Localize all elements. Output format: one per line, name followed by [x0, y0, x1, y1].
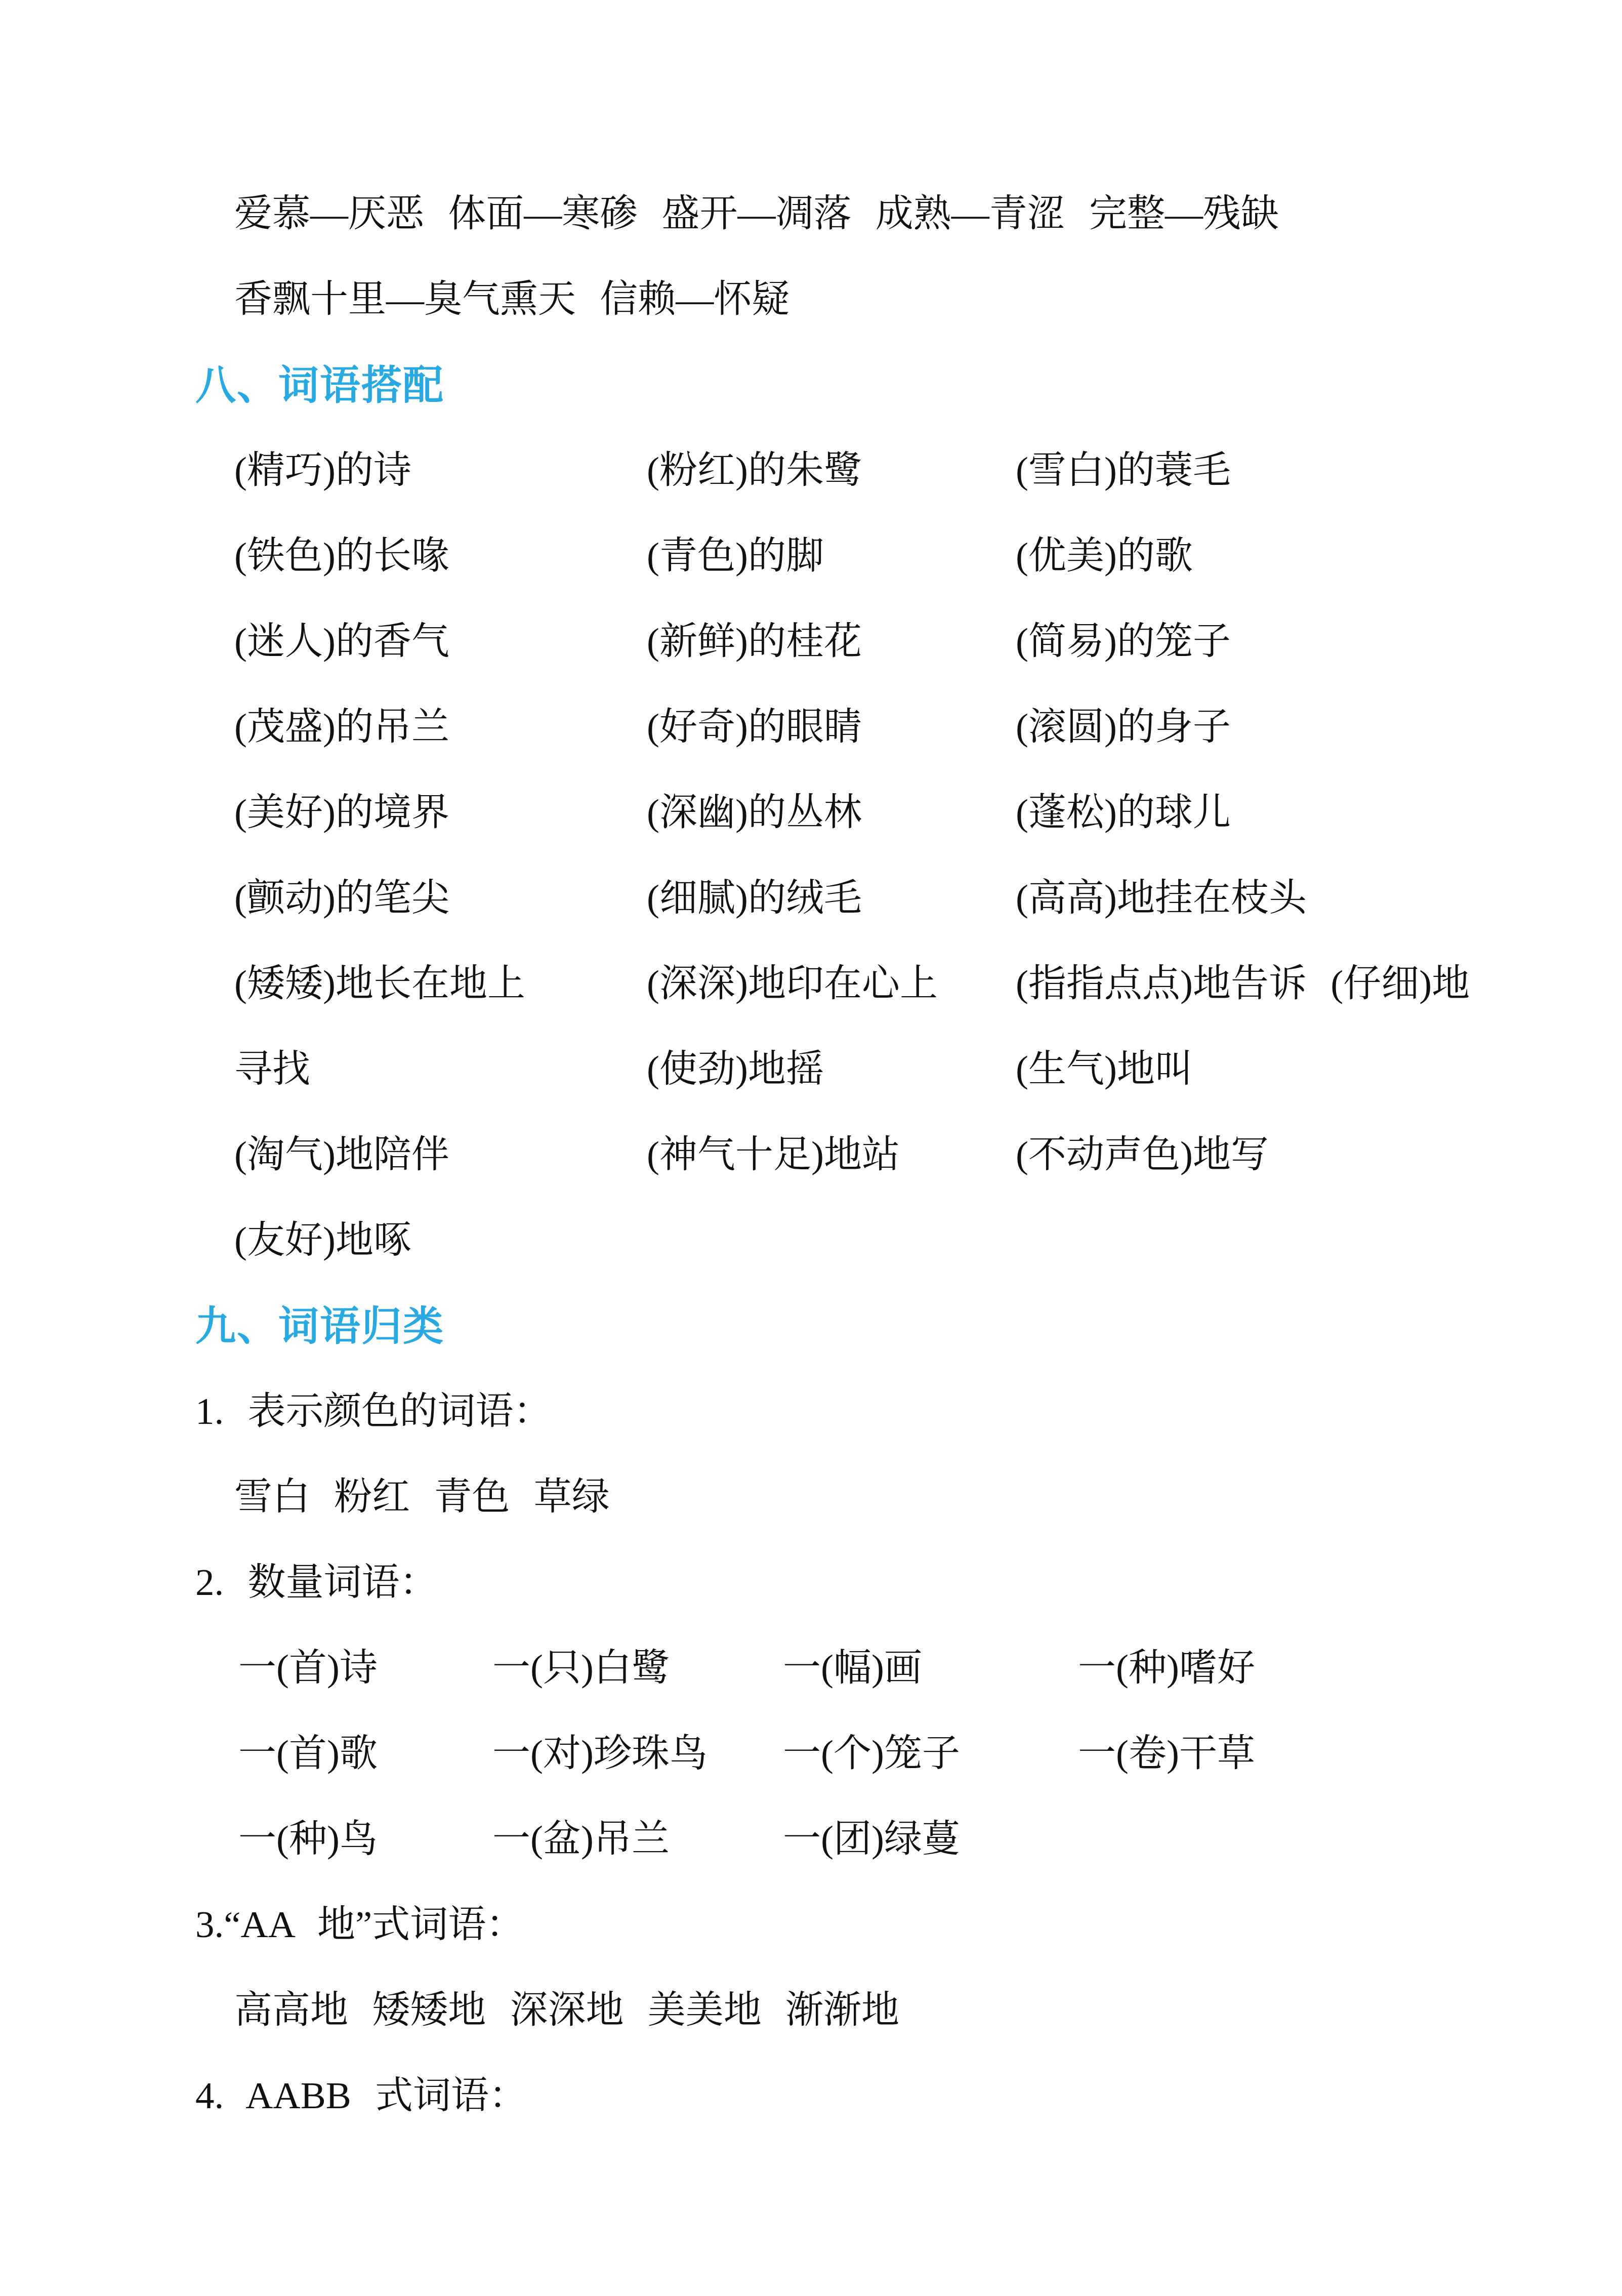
word-pairing-cell: (青色)的脚 — [647, 513, 824, 599]
word-pairing-cell: (好奇)的眼睛 — [647, 684, 862, 770]
quantity-cell: 一(只)白鹭 — [492, 1625, 670, 1711]
word-pairing-cell: (淘气)地陪伴 — [234, 1112, 449, 1198]
word-pairing-cell: (高高)地挂在枝头 — [1016, 855, 1307, 941]
word-pairing-row-5: (美好)的境界 (深幽)的丛林 (蓬松)的球儿 — [0, 770, 1622, 855]
word-pairing-cell: (新鲜)的桂花 — [647, 599, 862, 684]
quantity-cell: 一(卷)干草 — [1078, 1711, 1255, 1796]
quantity-cell: 一(种)鸟 — [238, 1796, 378, 1882]
word-pairing-cell: (指指点点)地告诉 (仔细)地 — [1016, 941, 1470, 1027]
quantity-cell: 一(首)歌 — [238, 1711, 378, 1796]
quantity-cell: 一(盆)吊兰 — [492, 1796, 670, 1882]
word-pairing-cell: (滚圆)的身子 — [1016, 684, 1231, 770]
document-page: 爱慕—厌恶 体面—寒碜 盛开—凋落 成熟—青涩 完整—残缺 香飘十里—臭气熏天 … — [0, 0, 1622, 2296]
word-pairing-cell: (不动声色)地写 — [1016, 1112, 1269, 1198]
word-pairing-cell: (细腻)的绒毛 — [647, 855, 862, 941]
quantity-cell: 一(对)珍珠鸟 — [492, 1711, 708, 1796]
quantity-row-1: 一(首)诗 一(只)白鹭 一(幅)画 一(种)嗜好 — [0, 1625, 1622, 1711]
word-pairing-cell: (生气)地叫 — [1016, 1027, 1193, 1112]
word-pairing-cell: (颤动)的笔尖 — [234, 855, 449, 941]
word-pairing-cell: (深幽)的丛林 — [647, 770, 862, 855]
word-pairing-row-2: (铁色)的长喙 (青色)的脚 (优美)的歌 — [0, 513, 1622, 599]
quantity-cell: 一(首)诗 — [238, 1625, 378, 1711]
word-pairing-row-7: (矮矮)地长在地上 (深深)地印在心上 (指指点点)地告诉 (仔细)地 — [0, 941, 1622, 1027]
list-item-3-aa-words-label: 3.“AA 地”式词语： — [0, 1882, 1622, 1967]
antonym-line-1: 爱慕—厌恶 体面—寒碜 盛开—凋落 成熟—青涩 完整—残缺 — [0, 171, 1622, 257]
word-pairing-row-3: (迷人)的香气 (新鲜)的桂花 (简易)的笼子 — [0, 599, 1622, 684]
list-item-2-quantity-words-label: 2. 数量词语： — [0, 1540, 1622, 1625]
word-pairing-row-9: (淘气)地陪伴 (神气十足)地站 (不动声色)地写 — [0, 1112, 1622, 1198]
word-pairing-cell: (粉红)的朱鹭 — [647, 428, 862, 513]
quantity-cell: 一(个)笼子 — [783, 1711, 960, 1796]
word-pairing-cell: (矮矮)地长在地上 — [234, 941, 525, 1027]
quantity-row-3: 一(种)鸟 一(盆)吊兰 一(团)绿蔓 — [0, 1796, 1622, 1882]
section-8-heading: 八、词语搭配 — [0, 342, 1622, 428]
word-pairing-cell: 寻找 — [234, 1027, 310, 1112]
antonym-line-2: 香飘十里—臭气熏天 信赖—怀疑 — [0, 257, 1622, 342]
word-pairing-cell: (美好)的境界 — [234, 770, 449, 855]
word-pairing-cell: (使劲)地摇 — [647, 1027, 824, 1112]
word-pairing-row-1: (精巧)的诗 (粉红)的朱鹭 (雪白)的蓑毛 — [0, 428, 1622, 513]
color-words-line: 雪白 粉红 青色 草绿 — [0, 1454, 1622, 1540]
quantity-cell: 一(幅)画 — [783, 1625, 922, 1711]
word-pairing-row-10: (友好)地啄 — [0, 1198, 1622, 1283]
quantity-cell: 一(团)绿蔓 — [783, 1796, 960, 1882]
aa-words-line: 高高地 矮矮地 深深地 美美地 渐渐地 — [0, 1967, 1622, 2053]
section-9-heading: 九、词语归类 — [0, 1283, 1622, 1369]
word-pairing-row-4: (茂盛)的吊兰 (好奇)的眼睛 (滚圆)的身子 — [0, 684, 1622, 770]
word-pairing-cell: (友好)地啄 — [234, 1198, 411, 1283]
word-pairing-cell: (蓬松)的球儿 — [1016, 770, 1231, 855]
quantity-cell: 一(种)嗜好 — [1078, 1625, 1255, 1711]
word-pairing-cell: (优美)的歌 — [1016, 513, 1193, 599]
word-pairing-cell: (简易)的笼子 — [1016, 599, 1231, 684]
word-pairing-row-8: 寻找 (使劲)地摇 (生气)地叫 — [0, 1027, 1622, 1112]
list-item-1-color-words-label: 1. 表示颜色的词语： — [0, 1369, 1622, 1454]
quantity-row-2: 一(首)歌 一(对)珍珠鸟 一(个)笼子 一(卷)干草 — [0, 1711, 1622, 1796]
word-pairing-cell: (精巧)的诗 — [234, 428, 411, 513]
word-pairing-cell: (雪白)的蓑毛 — [1016, 428, 1231, 513]
word-pairing-cell: (茂盛)的吊兰 — [234, 684, 449, 770]
word-pairing-cell: (神气十足)地站 — [647, 1112, 900, 1198]
word-pairing-row-6: (颤动)的笔尖 (细腻)的绒毛 (高高)地挂在枝头 — [0, 855, 1622, 941]
list-item-4-aabb-words-label: 4. AABB 式词语： — [0, 2053, 1622, 2139]
word-pairing-cell: (迷人)的香气 — [234, 599, 449, 684]
word-pairing-cell: (深深)地印在心上 — [647, 941, 938, 1027]
word-pairing-cell: (铁色)的长喙 — [234, 513, 449, 599]
